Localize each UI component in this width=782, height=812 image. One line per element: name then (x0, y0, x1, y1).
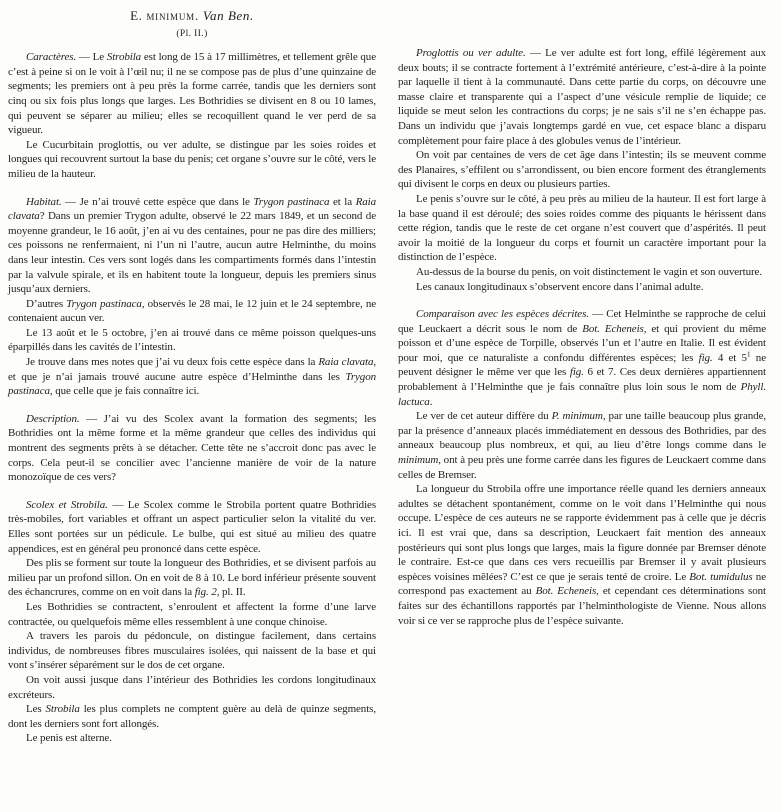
text-segment: Caractères. (26, 51, 76, 63)
para-contractent: Les Bothridies se contractent, s’enroule… (8, 600, 376, 629)
text-segment: minimum. (146, 8, 199, 23)
para-autres-trygon: D’autres Trygon pastinaca, observés le 2… (8, 297, 376, 326)
para-strobila-complets: Les Strobila les plus complets ne compte… (8, 702, 376, 731)
text-segment: D’autres (26, 298, 66, 310)
para-parois-pedoncule: A travers les parois du pédoncule, on di… (8, 629, 376, 673)
para-caracteres: Caractères. — Le Strobila est long de 15… (8, 50, 376, 138)
page-title: E. minimum. Van Ben. (8, 9, 376, 24)
text-segment: et la (329, 196, 355, 208)
text-segment: A travers les parois du pédoncule, on di… (8, 630, 376, 671)
para-longueur-strobila: La longueur du Strobila offre une import… (398, 482, 766, 628)
para-cordons: On voit aussi jusque dans l’intérieur de… (8, 673, 376, 702)
text-segment: Les (26, 703, 46, 715)
text-segment: Strobila (107, 51, 141, 63)
text-segment: minimum (398, 454, 438, 466)
para-aout-octobre: Le 13 août et le 5 octobre, j’en ai trou… (8, 326, 376, 355)
text-segment: — Le ver adulte est fort long, effilé lé… (398, 47, 766, 147)
text-segment: , que celle que je fais connaître ici. (50, 385, 199, 397)
plate-reference: (Pl. II.) (8, 27, 376, 42)
text-segment: Le Cucurbitain proglottis, ou ver adulte… (8, 139, 376, 180)
page-columns: E. minimum. Van Ben. (Pl. II.) Caractère… (8, 9, 766, 746)
para-bourse: Au-dessus de la bourse du penis, on voit… (398, 265, 766, 280)
text-segment: Scolex et Strobila. (26, 499, 108, 511)
text-segment: Trygon pastinaca (66, 298, 142, 310)
para-centaines: On voit par centaines de vers de cet âge… (398, 148, 766, 192)
text-segment: Le penis s’ouvre sur le côté, à peu près… (398, 193, 766, 263)
text-segment: Description. (26, 413, 80, 425)
text-segment: Habitat. (26, 196, 62, 208)
text-segment: Trygon pastinaca (253, 196, 329, 208)
right-column-text: Proglottis ou ver adulte. — Le ver adult… (398, 46, 766, 628)
para-penis-ouvre: Le penis s’ouvre sur le côté, à peu près… (398, 192, 766, 265)
text-segment: Les Bothridies se contractent, s’enroule… (8, 601, 376, 628)
text-segment: — Je n’ai trouvé cette espèce que dans l… (62, 196, 254, 208)
text-segment: La longueur du Strobila offre une import… (398, 483, 766, 583)
text-segment: Strobila (46, 703, 80, 715)
text-segment: Raia clavata (318, 356, 373, 368)
text-segment: ? Dans un premier Trygon adulte, observé… (8, 210, 376, 295)
text-segment: Proglottis ou ver adulte. (416, 47, 526, 59)
text-segment: Bot. Echeneis (582, 323, 644, 335)
text-segment: Bot. Echeneis (536, 585, 597, 597)
para-ver-auteur: Le ver de cet auteur diffère du P. minim… (398, 409, 766, 482)
para-proglottis: Proglottis ou ver adulte. — Le ver adult… (398, 46, 766, 148)
text-segment: Bot. tumidulus (689, 571, 752, 583)
page-header: E. minimum. Van Ben. (Pl. II.) (8, 9, 376, 41)
text-segment: Des plis se forment sur toute la longueu… (8, 557, 376, 598)
text-segment: Comparaison avec les espèces décrites. (416, 308, 589, 320)
text-segment: fig. (699, 352, 713, 364)
text-segment: On voit par centaines de vers de cet âge… (398, 149, 766, 190)
para-scolex-strobila: Scolex et Strobila. — Le Scolex comme le… (8, 498, 376, 556)
text-segment: Les canaux longitudinaux s’observent enc… (416, 281, 703, 293)
text-segment: On voit aussi jusque dans l’intérieur de… (8, 674, 376, 701)
para-canaux: Les canaux longitudinaux s’observent enc… (398, 280, 766, 295)
left-page-column: E. minimum. Van Ben. (Pl. II.) Caractère… (8, 9, 376, 746)
text-segment: 4 et 5 (713, 352, 747, 364)
text-segment: est long de 15 à 17 millimètres, et tell… (8, 51, 376, 136)
text-segment: , ont à peu près une forme carrée dans l… (398, 454, 766, 481)
para-cucurbitain: Le Cucurbitain proglottis, ou ver adulte… (8, 138, 376, 182)
para-plis: Des plis se forment sur toute la longueu… (8, 556, 376, 600)
para-notes: Je trouve dans mes notes que j’ai vu deu… (8, 355, 376, 399)
text-segment: — Le (76, 51, 107, 63)
text-segment: Le ver de cet auteur diffère du (416, 410, 552, 422)
text-segment: P. minimum (552, 410, 603, 422)
para-comparaison: Comparaison avec les espèces décrites. —… (398, 307, 766, 409)
scanned-book-page: E. minimum. Van Ben. (Pl. II.) Caractère… (0, 0, 782, 812)
text-segment: Je trouve dans mes notes que j’ai vu deu… (26, 356, 318, 368)
text-segment: Le 13 août et le 5 octobre, j’en ai trou… (8, 327, 376, 354)
text-segment: fig. 2 (195, 586, 217, 598)
text-segment: . (430, 396, 433, 408)
right-page-column: Proglottis ou ver adulte. — Le ver adult… (398, 9, 766, 628)
para-description: Description. — J’ai vu des Scolex avant … (8, 412, 376, 485)
para-habitat: Habitat. — Je n’ai trouvé cette espèce q… (8, 195, 376, 297)
text-segment: fig. (570, 366, 584, 378)
text-segment: , pl. II. (217, 586, 246, 598)
text-segment: Au-dessus de la bourse du penis, on voit… (416, 266, 762, 278)
text-segment: Le penis est alterne. (26, 732, 112, 744)
text-segment: E. (130, 8, 146, 23)
left-column-text: Caractères. — Le Strobila est long de 15… (8, 50, 376, 746)
text-segment: Van Ben. (199, 8, 254, 23)
para-penis-alterne: Le penis est alterne. (8, 731, 376, 746)
